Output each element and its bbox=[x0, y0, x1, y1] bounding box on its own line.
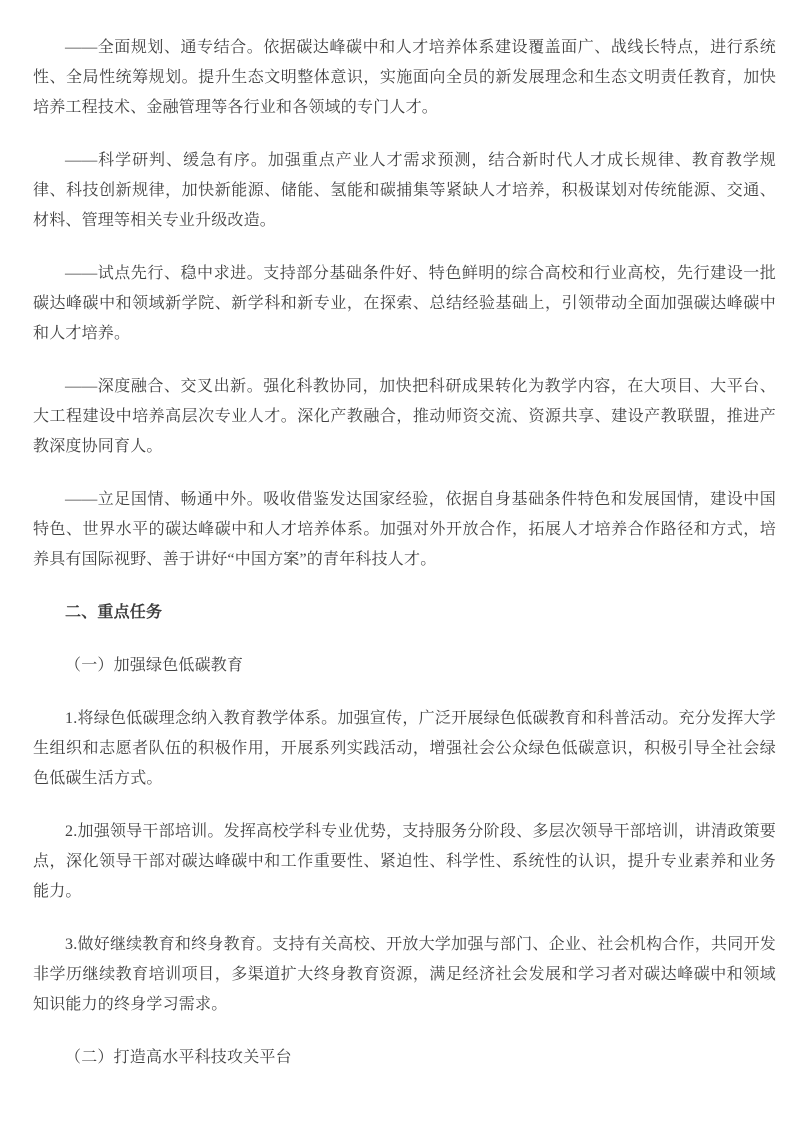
principle-paragraph-overall-planning: ——全面规划、通专结合。依据碳达峰碳中和人才培养体系建设覆盖面广、战线长特点，进… bbox=[33, 33, 776, 123]
numbered-paragraph-2: 2.加强领导干部培训。发挥高校学科专业优势，支持服务分阶段、多层次领导干部培训，… bbox=[33, 817, 776, 907]
principle-paragraph-pilot-first: ——试点先行、稳中求进。支持部分基础条件好、特色鲜明的综合高校和行业高校，先行建… bbox=[33, 259, 776, 349]
principle-paragraph-deep-integration: ——深度融合、交叉出新。强化科教协同，加快把科研成果转化为教学内容，在大项目、大… bbox=[33, 372, 776, 462]
section-heading-key-tasks: 二、重点任务 bbox=[33, 598, 776, 628]
subsection-heading-green-low-carbon-education: （一）加强绿色低碳教育 bbox=[33, 651, 776, 681]
document-page: ——全面规划、通专结合。依据碳达峰碳中和人才培养体系建设覆盖面广、战线长特点，进… bbox=[0, 0, 793, 1122]
principle-paragraph-scientific-judgement: ——科学研判、缓急有序。加强重点产业人才需求预测，结合新时代人才成长规律、教育教… bbox=[33, 146, 776, 236]
numbered-paragraph-3: 3.做好继续教育和终身教育。支持有关高校、开放大学加强与部门、企业、社会机构合作… bbox=[33, 930, 776, 1020]
numbered-paragraph-1: 1.将绿色低碳理念纳入教育教学体系。加强宣传，广泛开展绿色低碳教育和科普活动。充… bbox=[33, 704, 776, 794]
principle-paragraph-national-conditions: ——立足国情、畅通中外。吸收借鉴发达国家经验，依据自身基础条件特色和发展国情，建… bbox=[33, 485, 776, 575]
subsection-heading-sci-tech-platform: （二）打造高水平科技攻关平台 bbox=[33, 1043, 776, 1073]
